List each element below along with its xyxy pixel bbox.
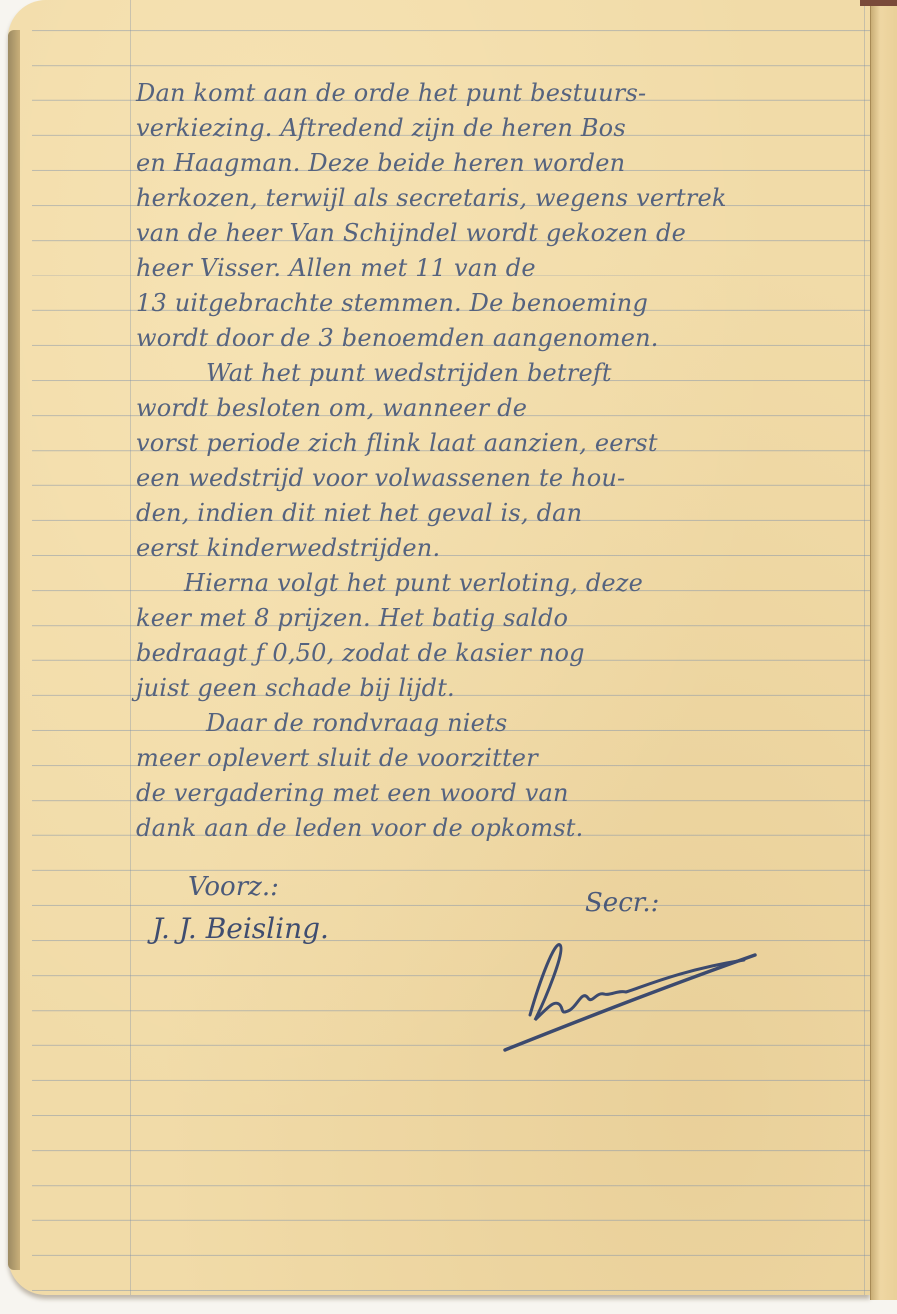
text-line: verkiezing. Aftredend zijn de heren Bos [136,111,866,146]
text-line: eerst kinderwedstrijden. [136,531,866,566]
text-line: 13 uitgebrachte stemmen. De benoeming [136,286,866,321]
secretary-signature-icon [500,920,780,1060]
text-line: den, indien dit niet het geval is, dan [136,496,866,531]
text-line: wordt door de 3 benoemden aangenomen. [136,321,866,356]
text-line: keer met 8 prijzen. Het batig saldo [136,601,866,636]
text-line: en Haagman. Deze beide heren worden [136,146,866,181]
text-line: Dan komt aan de orde het punt bestuurs- [136,76,866,111]
text-line: heer Visser. Allen met 11 van de [136,251,866,286]
page-binding-edge [8,30,20,1270]
left-margin-line [130,0,131,1295]
text-line: een wedstrijd voor volwassenen te hou- [136,461,866,496]
text-line: Hierna volgt het punt verloting, deze [136,566,866,601]
chair-signature: J. J. Beisling. [152,912,329,945]
minutes-text: Dan komt aan de orde het punt bestuurs- … [136,76,866,846]
cover-edge [860,0,897,6]
text-line: meer oplevert sluit de voorzitter [136,741,866,776]
text-line: herkozen, terwijl als secretaris, wegens… [136,181,866,216]
secretary-label: Secr.: [585,888,659,918]
text-line: wordt besloten om, wanneer de [136,391,866,426]
text-line: van de heer Van Schijndel wordt gekozen … [136,216,866,251]
chair-label: Voorz.: [188,872,279,902]
text-line: Daar de rondvraag niets [136,706,866,741]
text-line: Wat het punt wedstrijden betreft [136,356,866,391]
adjacent-page-edge [870,0,897,1300]
text-line: dank aan de leden voor de opkomst. [136,811,866,846]
text-line: de vergadering met een woord van [136,776,866,811]
text-line: vorst periode zich flink laat aanzien, e… [136,426,866,461]
text-line: juist geen schade bij lijdt. [136,671,866,706]
text-line: bedraagt ƒ 0,50, zodat de kasier nog [136,636,866,671]
